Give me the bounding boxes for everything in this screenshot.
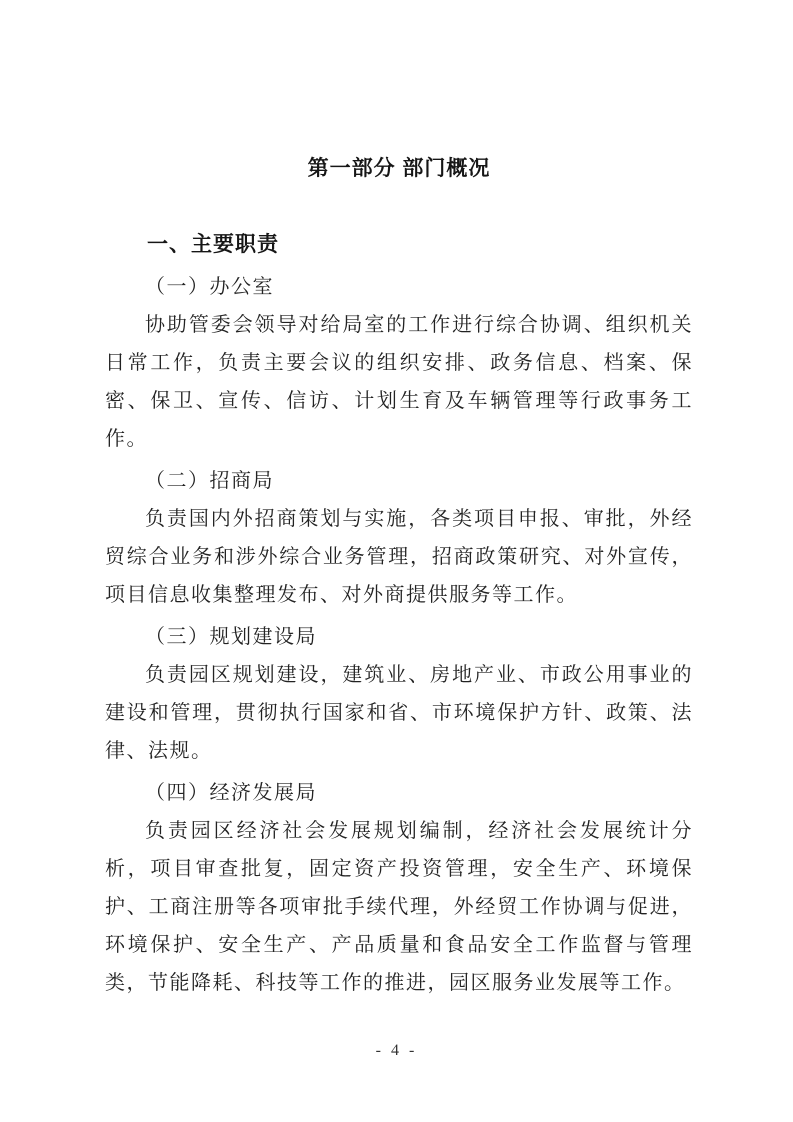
section-heading-main-duties: 一、主要职责 — [105, 226, 693, 264]
subsection-heading: （四）经济发展局 — [105, 774, 693, 812]
subsection: （四）经济发展局 负责园区经济社会发展规划编制，经济社会发展统计分析，项目审查批… — [105, 774, 693, 1002]
subsection: （二）招商局 负责国内外招商策划与实施，各类项目申报、审批，外经贸综合业务和涉外… — [105, 462, 693, 614]
subsection-body: 负责国内外招商策划与实施，各类项目申报、审批，外经贸综合业务和涉外综合业务管理，… — [105, 500, 693, 614]
subsection-heading: （三）规划建设局 — [105, 618, 693, 656]
subsection-heading: （二）招商局 — [105, 462, 693, 500]
subsection-body: 负责园区规划建设，建筑业、房地产业、市政公用事业的建设和管理，贯彻执行国家和省、… — [105, 656, 693, 770]
subsection: （一）办公室 协助管委会领导对给局室的工作进行综合协调、组织机关日常工作，负责主… — [105, 268, 693, 458]
page-title: 第一部分 部门概况 — [105, 150, 693, 188]
subsection-heading: （一）办公室 — [105, 268, 693, 306]
subsection-body: 协助管委会领导对给局室的工作进行综合协调、组织机关日常工作，负责主要会议的组织安… — [105, 306, 693, 458]
subsection: （三）规划建设局 负责园区规划建设，建筑业、房地产业、市政公用事业的建设和管理，… — [105, 618, 693, 770]
document-page: 第一部分 部门概况 一、主要职责 （一）办公室 协助管委会领导对给局室的工作进行… — [0, 0, 793, 1122]
page-number: - 4 - — [0, 1042, 793, 1060]
subsection-body: 负责园区经济社会发展规划编制，经济社会发展统计分析，项目审查批复，固定资产投资管… — [105, 812, 693, 1002]
